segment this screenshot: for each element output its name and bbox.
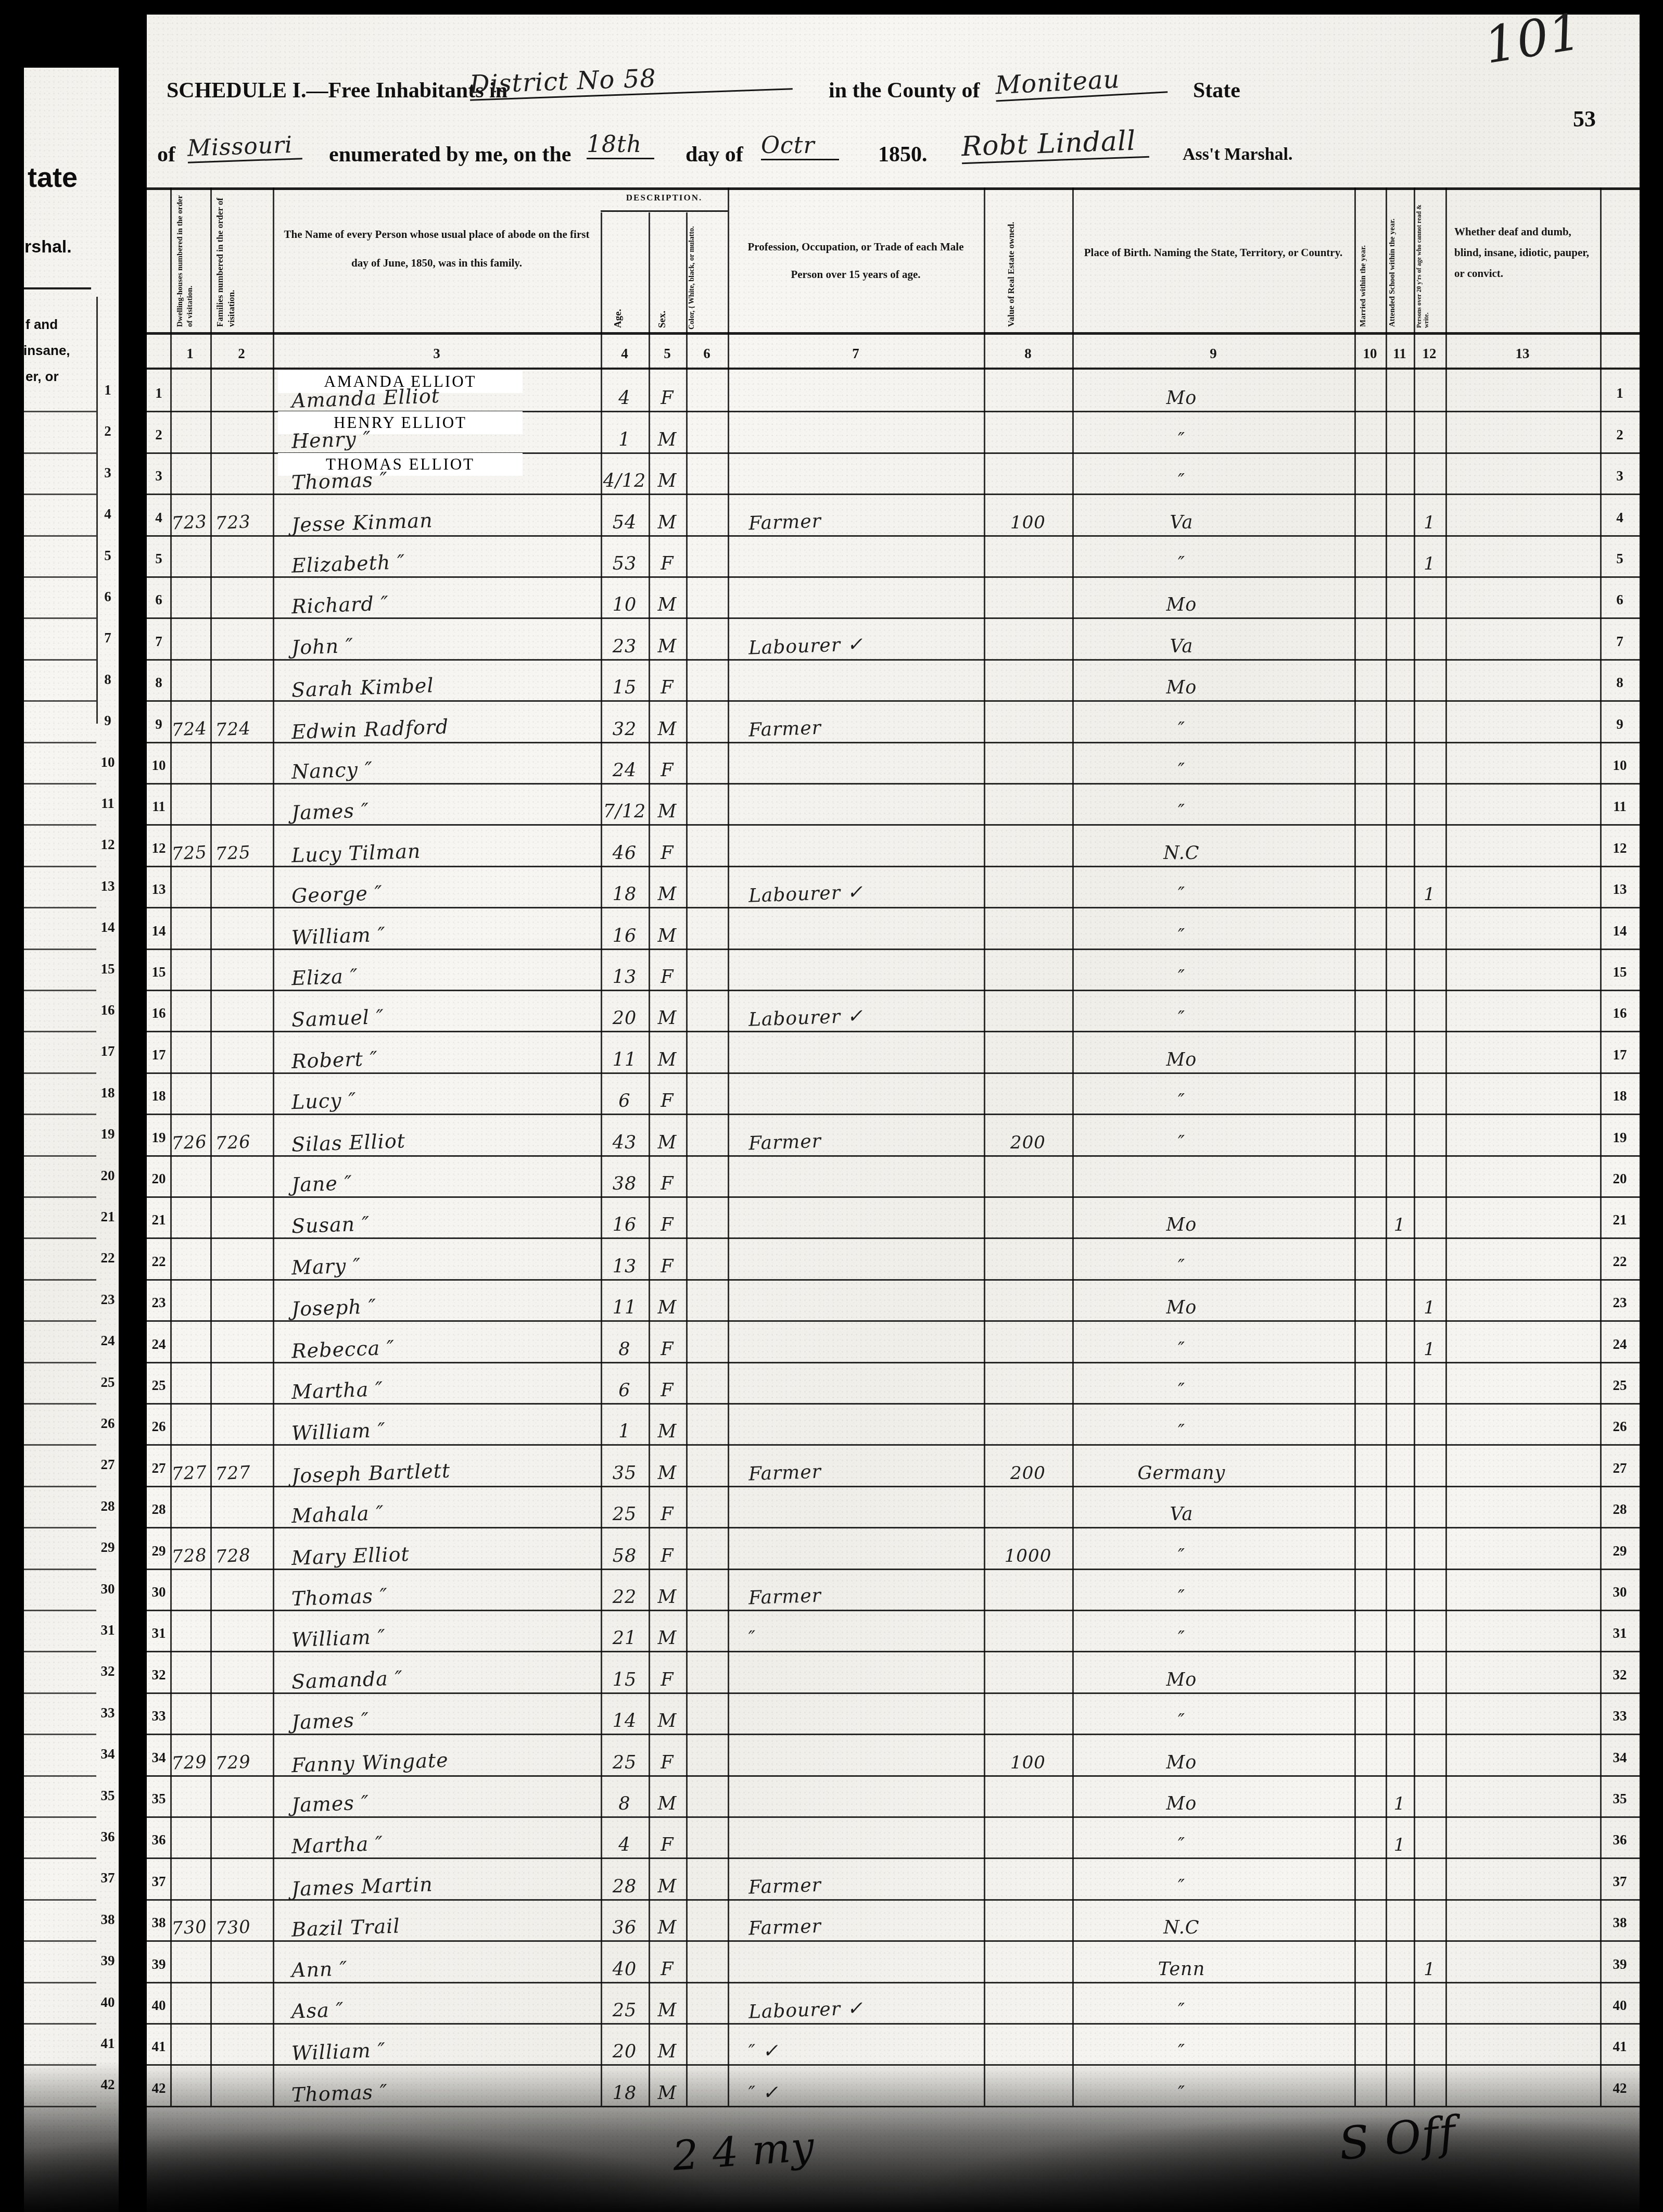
row-number-left: 24: [149, 1336, 169, 1353]
sex-value: M: [649, 926, 686, 946]
profession-value: ″: [748, 1627, 756, 1649]
census-row: 32Samanda ″15FMo32: [147, 1651, 1640, 1693]
profession-value: ″ ✓: [748, 2040, 779, 2063]
of-label: of: [157, 142, 175, 167]
table-header-rule: [147, 332, 1640, 335]
age-value: 1: [601, 1421, 649, 1442]
row-number-right: 7: [1600, 634, 1640, 650]
person-name: Martha ″: [291, 1377, 384, 1404]
birthplace-value: N.C: [1072, 1917, 1291, 1938]
birthplace-value: ″: [1072, 2041, 1291, 2062]
adjacent-row-line: [23, 1320, 96, 1322]
sex-value: F: [649, 1835, 686, 1855]
sex-value: F: [649, 677, 686, 698]
census-row: 12725725Lucy Tilman46FN.C12: [147, 824, 1640, 867]
row-number-right: 29: [1600, 1543, 1640, 1559]
table-top-rule: [147, 187, 1640, 190]
sex-value: M: [649, 636, 686, 657]
adjacent-row-number: 6: [97, 589, 118, 605]
age-value: 43: [601, 1132, 649, 1153]
row-number-left: 13: [149, 881, 169, 898]
birthplace-value: ″: [1072, 760, 1291, 781]
adjacent-row-number: 27: [97, 1457, 118, 1473]
row-number-right: 30: [1600, 1584, 1640, 1600]
adjacent-row-line: [23, 1734, 96, 1735]
column-number: 9: [1203, 346, 1224, 362]
age-value: 36: [601, 1917, 649, 1938]
sex-value: M: [649, 429, 686, 450]
colhead-color: Color, { White, black, or mulatto.: [688, 215, 727, 330]
sex-value: F: [649, 1215, 686, 1235]
sex-value: F: [649, 1256, 686, 1277]
cannotread-mark: 1: [1414, 553, 1445, 574]
adjacent-row-number: 9: [97, 713, 118, 729]
column-number: 3: [426, 346, 447, 362]
row-number-left: 7: [149, 634, 169, 650]
age-value: 46: [601, 843, 649, 864]
row-number-right: 16: [1600, 1005, 1640, 1021]
row-number-left: 9: [149, 716, 169, 732]
adjacent-row-number: 12: [97, 837, 118, 853]
person-name: James ″: [291, 1709, 370, 1734]
sex-value: M: [649, 1050, 686, 1070]
cannotread-mark: 1: [1414, 1959, 1445, 1980]
age-value: 32: [601, 719, 649, 740]
sex-value: M: [649, 801, 686, 822]
row-number-right: 26: [1600, 1419, 1640, 1435]
row-number-left: 5: [149, 551, 169, 567]
person-name: Asa ″: [291, 1998, 344, 2023]
census-row: 35James ″8MMo135: [147, 1775, 1640, 1818]
adjacent-row-line: [23, 576, 96, 578]
person-name: James Martin: [291, 1873, 433, 1900]
column-number: 1: [180, 346, 200, 362]
birthplace-value: Mo: [1072, 677, 1291, 698]
adjacent-page-sliver: tate rshal. f and insane, er, or 1234567…: [23, 68, 119, 2212]
birthplace-value: Mo: [1072, 1670, 1291, 1690]
age-value: 22: [601, 1587, 649, 1608]
census-row: 41William ″20M″ ✓″41: [147, 2023, 1640, 2066]
row-number-left: 42: [149, 2080, 169, 2096]
column-number: 10: [1360, 346, 1380, 362]
person-name: Thomas ″: [291, 1584, 388, 1610]
birthplace-value: ″: [1072, 553, 1291, 574]
adjacent-row-line: [23, 700, 96, 702]
sex-value: F: [649, 1752, 686, 1773]
age-value: 58: [601, 1546, 649, 1566]
age-value: 23: [601, 636, 649, 657]
description-underrule: [601, 210, 728, 212]
person-name: Silas Elliot: [291, 1129, 405, 1156]
row-number-left: 8: [149, 675, 169, 691]
census-row: 18Lucy ″6F″18: [147, 1072, 1640, 1115]
row-number-right: 10: [1600, 757, 1640, 774]
profession-value: Farmer: [748, 1916, 821, 1940]
row-number-right: 19: [1600, 1130, 1640, 1146]
adjacent-row-line: [23, 659, 96, 661]
adjacent-row-line: [23, 742, 96, 743]
adjacent-row-number: 2: [97, 423, 118, 439]
census-row: 19726726Silas Elliot43MFarmer200″19: [147, 1114, 1640, 1156]
family-number: 728: [215, 1545, 251, 1567]
row-number-right: 13: [1600, 881, 1640, 898]
adjacent-row-line: [23, 1403, 96, 1405]
sex-value: M: [649, 1793, 686, 1814]
row-number-left: 33: [149, 1708, 169, 1724]
person-name: Thomas ″: [291, 468, 388, 494]
adjacent-row-number: 5: [97, 548, 118, 564]
sex-value: M: [649, 1587, 686, 1608]
row-number-right: 4: [1600, 510, 1640, 526]
age-value: 11: [601, 1297, 649, 1318]
row-number-right: 23: [1600, 1295, 1640, 1311]
adjacent-row-line: [23, 1982, 96, 1983]
row-number-left: 29: [149, 1543, 169, 1559]
adjacent-row-line: [23, 907, 96, 908]
adjacent-row-line: [23, 1237, 96, 1239]
family-number: 724: [215, 718, 251, 740]
row-number-right: 9: [1600, 716, 1640, 732]
birthplace-value: ″: [1072, 1256, 1291, 1277]
real-estate-value: 1000: [984, 1546, 1072, 1566]
age-value: 13: [601, 1256, 649, 1277]
row-number-right: 18: [1600, 1088, 1640, 1104]
adjacent-row-number: 29: [97, 1539, 118, 1556]
column-number: 12: [1419, 346, 1440, 362]
census-row: 8Sarah Kimbel15FMo8: [147, 659, 1640, 702]
school-mark: 1: [1386, 1835, 1414, 1855]
birthplace-value: ″: [1072, 1835, 1291, 1855]
row-number-left: 23: [149, 1295, 169, 1311]
adjacent-row-number: 16: [97, 1002, 118, 1018]
sex-value: F: [649, 1959, 686, 1980]
row-number-left: 2: [149, 427, 169, 443]
profession-value: Labourer ✓: [748, 634, 864, 659]
birthplace-value: ″: [1072, 1587, 1291, 1608]
birthplace-value: Mo: [1072, 1752, 1291, 1773]
adjacent-row-line: [23, 1651, 96, 1652]
column-number: 2: [231, 346, 252, 362]
colhead-school: Attended School within the year.: [1388, 199, 1411, 327]
sex-value: M: [649, 884, 686, 905]
profession-value: Farmer: [748, 1874, 821, 1898]
census-row: 7John ″23MLabourer ✓Va7: [147, 617, 1640, 660]
colhead-dwelling: Dwelling-houses numbered in the order of…: [175, 194, 207, 327]
row-number-left: 20: [149, 1171, 169, 1187]
adjacent-row-line: [23, 1114, 96, 1115]
age-value: 20: [601, 1008, 649, 1029]
person-name: Joseph Bartlett: [291, 1459, 451, 1487]
person-name: Martha ″: [291, 1832, 384, 1858]
adjacent-row-number: 39: [97, 1953, 118, 1969]
age-value: 15: [601, 1670, 649, 1690]
sex-value: M: [649, 512, 686, 533]
person-name: Bazil Trail: [291, 1915, 400, 1941]
row-number-right: 11: [1600, 799, 1640, 815]
row-number-right: 38: [1600, 1915, 1640, 1931]
day-of-label: day of: [685, 142, 743, 167]
adjacent-row-line: [23, 494, 96, 495]
birthplace-value: ″: [1072, 2000, 1291, 2021]
person-name: Robert ″: [291, 1047, 378, 1073]
sex-value: M: [649, 1132, 686, 1153]
census-row: 31William ″21M″″31: [147, 1610, 1640, 1652]
sex-value: F: [649, 1339, 686, 1360]
profession-value: Farmer: [748, 1461, 821, 1485]
colhead-married: Married within the year.: [1359, 199, 1381, 327]
adjacent-row-number: 37: [97, 1870, 118, 1886]
person-name: Sarah Kimbel: [291, 674, 434, 702]
birthplace-value: ″: [1072, 1546, 1291, 1566]
adjacent-row-line: [23, 866, 96, 867]
birthplace-value: Mo: [1072, 595, 1291, 615]
census-row: 14William ″16M″14: [147, 907, 1640, 950]
age-value: 21: [601, 1628, 649, 1649]
adjacent-row-line: [23, 783, 96, 785]
birthplace-value: ″: [1072, 884, 1291, 905]
family-number: 730: [215, 1916, 251, 1939]
census-page-main: 101 53 SCHEDULE I.—Free Inhabitants in D…: [147, 15, 1640, 2212]
birthplace-value: ″: [1072, 801, 1291, 822]
row-number-left: 1: [149, 385, 169, 401]
row-number-left: 18: [149, 1088, 169, 1104]
sex-value: F: [649, 843, 686, 864]
profession-value: Farmer: [748, 510, 821, 534]
row-number-right: 35: [1600, 1791, 1640, 1807]
adjacent-row-number: 4: [97, 506, 118, 522]
adjacent-row-number: 31: [97, 1622, 118, 1638]
person-name: Henry ″: [291, 427, 371, 452]
birthplace-value: ″: [1072, 1008, 1291, 1029]
age-value: 15: [601, 677, 649, 698]
state-handwritten: Missouri: [187, 131, 302, 163]
column-number: 7: [845, 346, 866, 362]
age-value: 6: [601, 1091, 649, 1111]
scanned-census-page: tate rshal. f and insane, er, or 1234567…: [0, 0, 1663, 2212]
colhead-deafdumb: Whether deaf and dumb, blind, insane, id…: [1454, 222, 1593, 284]
month-handwritten: Octr: [761, 132, 839, 160]
person-name: Jane ″: [291, 1171, 353, 1196]
adjacent-row-number: 19: [97, 1126, 118, 1142]
real-estate-value: 100: [984, 512, 1072, 533]
person-name: John ″: [291, 634, 354, 659]
age-value: 40: [601, 1959, 649, 1980]
row-number-left: 35: [149, 1791, 169, 1807]
adjacent-row-number: 38: [97, 1912, 118, 1928]
sex-value: M: [649, 1008, 686, 1029]
row-number-left: 11: [149, 799, 169, 815]
adjacent-row-number: 15: [97, 961, 118, 977]
scan-black-gap: [119, 0, 147, 2212]
adjacent-row-number: 33: [97, 1705, 118, 1721]
adjacent-row-line: [23, 1072, 96, 1074]
family-number: 723: [215, 511, 251, 534]
row-number-right: 33: [1600, 1708, 1640, 1724]
sex-value: M: [649, 2083, 686, 2104]
census-row: 6Richard ″10MMo6: [147, 576, 1640, 619]
colhead-cannotread: Persons over 20 y'rs of age who cannot r…: [1416, 198, 1442, 328]
adjacent-row-line: [23, 535, 96, 537]
row-number-left: 37: [149, 1874, 169, 1890]
colhead-birthplace: Place of Birth. Naming the State, Territ…: [1083, 237, 1344, 268]
age-value: 4/12: [601, 471, 649, 491]
row-number-left: 10: [149, 757, 169, 774]
sex-value: F: [649, 1091, 686, 1111]
row-number-right: 28: [1600, 1501, 1640, 1518]
birthplace-value: ″: [1072, 967, 1291, 988]
sex-value: M: [649, 2000, 686, 2021]
sex-value: F: [649, 553, 686, 574]
sex-value: M: [649, 1917, 686, 1938]
adjacent-row-line: [23, 2064, 96, 2066]
adjacent-row-number: 23: [97, 1292, 118, 1308]
row-number-left: 26: [149, 1419, 169, 1435]
dwelling-number: 726: [171, 1131, 208, 1154]
sex-value: M: [649, 1297, 686, 1318]
sex-value: M: [649, 1421, 686, 1442]
adjacent-row-number: 8: [97, 672, 118, 688]
dwelling-number: 724: [171, 718, 208, 740]
adjacent-row-line: [23, 2023, 96, 2025]
row-number-right: 25: [1600, 1377, 1640, 1394]
year-label: 1850.: [878, 142, 928, 167]
footer-scrawl-left: 2 4 my: [671, 2123, 816, 2180]
row-number-left: 34: [149, 1750, 169, 1766]
profession-value: Labourer ✓: [748, 1006, 864, 1031]
sex-value: F: [649, 1380, 686, 1401]
census-row: 5Elizabeth ″53F″15: [147, 535, 1640, 578]
adjacent-row-line: [23, 1692, 96, 1694]
row-number-right: 5: [1600, 551, 1640, 567]
scan-black-edge-left: [0, 0, 24, 2212]
person-name: Elizabeth ″: [291, 550, 405, 577]
row-number-right: 22: [1600, 1254, 1640, 1270]
age-value: 18: [601, 2083, 649, 2104]
age-value: 24: [601, 760, 649, 781]
row-number-left: 22: [149, 1254, 169, 1270]
census-row: 11James ″7/12M″11: [147, 783, 1640, 826]
age-value: 7/12: [601, 801, 649, 822]
row-number-right: 36: [1600, 1832, 1640, 1848]
adjacent-row-number: 30: [97, 1581, 118, 1597]
sex-value: F: [649, 967, 686, 988]
sex-value: F: [649, 1670, 686, 1690]
adjacent-row-number: 3: [97, 465, 118, 481]
adjacent-row-line: [23, 1899, 96, 1901]
row-number-left: 6: [149, 592, 169, 608]
row-number-right: 1: [1600, 385, 1640, 401]
adjacent-row-line: [23, 1610, 96, 1611]
person-name: Joseph ″: [291, 1295, 377, 1321]
census-row: 16Samuel ″20MLabourer ✓″16: [147, 990, 1640, 1032]
dwelling-number: 725: [171, 842, 208, 864]
family-number: 729: [215, 1751, 251, 1774]
row-number-left: 39: [149, 1956, 169, 1973]
profession-value: Labourer ✓: [748, 1998, 864, 2023]
census-row: 10Nancy ″24F″10: [147, 742, 1640, 785]
age-value: 28: [601, 1876, 649, 1897]
adjacent-row-line: [23, 1279, 96, 1281]
row-number-left: 14: [149, 923, 169, 939]
person-name: Thomas ″: [291, 2080, 388, 2106]
census-row: 33James ″14M″33: [147, 1692, 1640, 1735]
cannotread-mark: 1: [1414, 1297, 1445, 1318]
row-number-right: 20: [1600, 1171, 1640, 1187]
adjacent-row-number: 40: [97, 1994, 118, 2011]
census-row: 9724724Edwin Radford32MFarmer″9: [147, 700, 1640, 743]
census-row: 37James Martin28MFarmer″37: [147, 1857, 1640, 1900]
person-name: Samanda ″: [291, 1666, 403, 1693]
person-name: Rebecca ″: [291, 1336, 395, 1362]
profession-value: Farmer: [748, 1130, 821, 1154]
census-row: 13George ″18MLabourer ✓″113: [147, 866, 1640, 908]
age-value: 13: [601, 967, 649, 988]
age-value: 25: [601, 1752, 649, 1773]
row-number-left: 32: [149, 1667, 169, 1683]
age-value: 4: [601, 388, 649, 409]
person-name: Fanny Wingate: [291, 1748, 449, 1777]
person-name: Richard ″: [291, 592, 389, 618]
age-value: 1: [601, 429, 649, 450]
row-number-right: 42: [1600, 2080, 1640, 2096]
family-number: 726: [215, 1131, 251, 1154]
row-number-right: 15: [1600, 964, 1640, 980]
sex-value: F: [649, 1504, 686, 1525]
adjacent-row-number: 34: [97, 1746, 118, 1762]
census-row: 21Susan ″16FMo121: [147, 1196, 1640, 1239]
sex-value: M: [649, 1876, 686, 1897]
profession-value: Farmer: [748, 717, 821, 741]
person-name: Jesse Kinman: [291, 509, 433, 536]
row-number-left: 17: [149, 1047, 169, 1063]
census-row: 4723723Jesse Kinman54MFarmer100Va14: [147, 494, 1640, 536]
census-row: 24Rebecca ″8F″124: [147, 1320, 1640, 1363]
census-row: 20Jane ″38F20: [147, 1155, 1640, 1198]
sex-value: M: [649, 719, 686, 740]
column-number: 11: [1389, 346, 1410, 362]
census-row: 3THOMAS ELLIOTThomas ″4/12M″3: [147, 452, 1640, 495]
sex-value: M: [649, 471, 686, 491]
adjacent-row-number: 18: [97, 1085, 118, 1101]
column-number: 4: [614, 346, 635, 362]
adjacent-row-line: [23, 1569, 96, 1570]
row-number-left: 12: [149, 840, 169, 856]
profession-value: Labourer ✓: [748, 881, 864, 907]
row-number-left: 21: [149, 1212, 169, 1228]
person-name: Edwin Radford: [291, 715, 449, 743]
adjacent-row-line: [23, 452, 96, 454]
person-name: Samuel ″: [291, 1005, 385, 1031]
person-name: Amanda Elliot: [291, 384, 440, 412]
person-name: Ann ″: [291, 1957, 348, 1982]
school-mark: 1: [1386, 1793, 1414, 1814]
adjacent-row-line: [23, 1486, 96, 1487]
census-row: 26William ″1M″26: [147, 1403, 1640, 1446]
adjacent-row-number: 17: [97, 1043, 118, 1059]
birthplace-value: ″: [1072, 2083, 1291, 2104]
column-number: 8: [1018, 346, 1038, 362]
birthplace-value: ″: [1072, 1421, 1291, 1442]
person-name: William ″: [291, 2039, 386, 2065]
row-number-right: 31: [1600, 1625, 1640, 1641]
colhead-description: DESCRIPTION.: [601, 193, 728, 203]
sex-value: M: [649, 2041, 686, 2062]
birthplace-value: ″: [1072, 1091, 1291, 1111]
birthplace-value: Mo: [1072, 1297, 1291, 1318]
age-value: 25: [601, 1504, 649, 1525]
real-estate-value: 100: [984, 1752, 1072, 1773]
adjacent-row-line: [23, 824, 96, 826]
